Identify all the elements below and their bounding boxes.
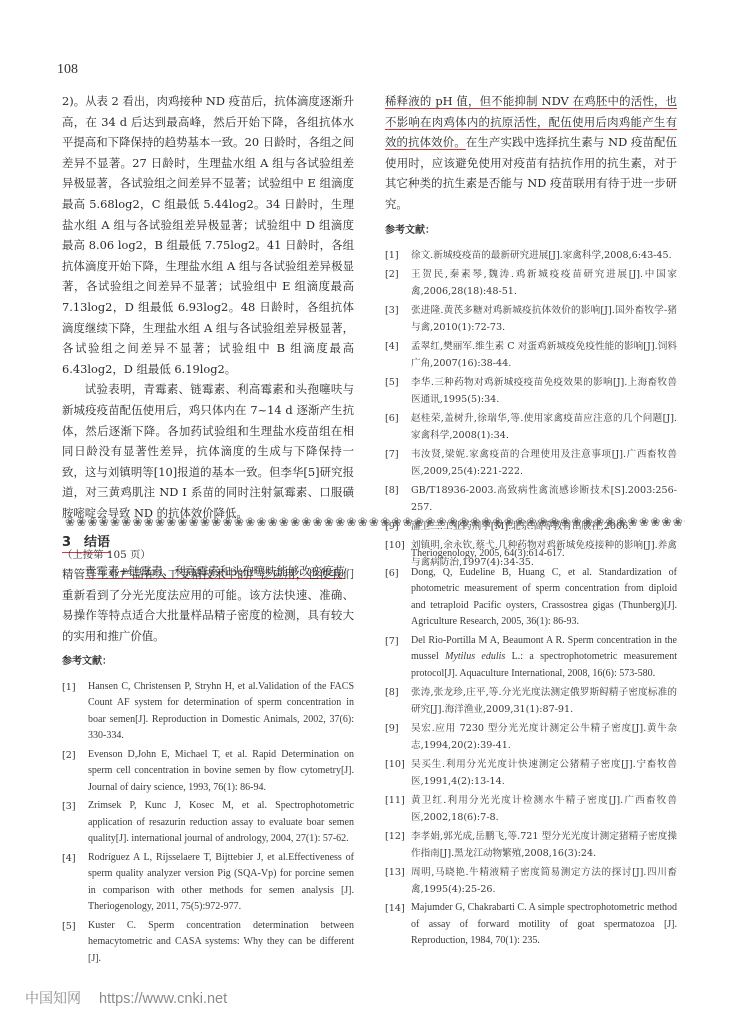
reference-number: [8]	[385, 482, 411, 516]
reference-number: [7]	[385, 633, 411, 683]
reference-text: GB/T18936-2003.高致病性禽流感诊断技术[S].2003:256-2…	[411, 482, 677, 516]
reference-text: 孟翠红,樊丽军.维生素 C 对蛋鸡新城疫免疫性能的影响[J].饲料广角,2007…	[411, 338, 677, 372]
reference-item: [12]李孝娟,郭光成,岳鹏飞,等.721 型分光光度计测定猪精子密度操作指南[…	[385, 828, 677, 862]
reference-number: [1]	[62, 679, 88, 745]
reference-text: Hansen C, Christensen P, Stryhn H, et al…	[88, 679, 354, 745]
reference-number: [6]	[385, 410, 411, 444]
reference-text: 张进隆.黄芪多糖对鸡新城疫抗体效价的影响[J].国外畜牧学-猪与禽,2010(1…	[411, 302, 677, 336]
reference-number: [1]	[385, 247, 411, 264]
reference-text: 吴宏.应用 7230 型分光光度计测定公牛精子密度[J].黄牛杂志,1994,2…	[411, 720, 677, 754]
reference-item: [3]张进隆.黄芪多糖对鸡新城疫抗体效价的影响[J].国外畜牧学-猪与禽,201…	[385, 302, 677, 336]
conclusion-paragraph-continued: 稀释液的 pH 值，但不能抑制 NDV 在鸡胚中的活性，也不影响在肉鸡体内的抗原…	[385, 91, 677, 215]
continued-from-label: （上接第 105 页）	[62, 546, 354, 564]
page-number: 108	[57, 62, 78, 78]
brand-name: 中国知网	[25, 991, 81, 1007]
reference-item: [7]韦汝贤,梁妮.家禽疫苗的合理使用及注意事项[J].广西畜牧兽医,2009,…	[385, 446, 677, 480]
reference-text: 王贺民,秦素琴,魏涛.鸡新城疫疫苗研究进展[J].中国家禽,2006,28(18…	[411, 266, 677, 300]
reference-number: [2]	[385, 266, 411, 300]
reference-text: 周明,马晓艳.牛精液精子密度简易测定方法的探讨[J].四川畜禽,1995(4):…	[411, 864, 677, 898]
reference-item: [11]黄卫红.利用分光光度计检测水牛精子密度[J].广西畜牧兽医,2002,1…	[385, 792, 677, 826]
reference-number: [4]	[62, 850, 88, 916]
species-name: Mytilus edulis	[445, 651, 505, 662]
reference-item: [2]Evenson D,John E, Michael T, et al. R…	[62, 747, 354, 797]
reference-number: [6]	[385, 565, 411, 631]
reference-item: [6]赵桂荣,盖树升,徐瑞华,等.使用家禽疫苗应注意的几个问题[J].家禽科学,…	[385, 410, 677, 444]
results-paragraph: 2)。从表 2 看出，肉鸡接种 ND 疫苗后，抗体滴度逐渐升高，在 34 d 后…	[62, 91, 354, 379]
reference-number: [10]	[385, 756, 411, 790]
reference-text: 黄卫红.利用分光光度计检测水牛精子密度[J].广西畜牧兽医,2002,18(6)…	[411, 792, 677, 826]
reference-item: [10]吴买生.利用分光光度计快速测定公猪精子密度[J].宁畜牧兽医,1991,…	[385, 756, 677, 790]
reference-text: Rodríguez A L, Rijsselaere T, Bijttebier…	[88, 850, 354, 916]
continued-paragraph: 精管等工业产品在人工受精技术中的广泛应用，也使我们重新看到了分光光度法应用的可能…	[62, 564, 354, 646]
reference-number: [5]	[385, 374, 411, 408]
site-url[interactable]: https://www.cnki.net	[99, 991, 227, 1007]
reference-text: 韦汝贤,梁妮.家禽疫苗的合理使用及注意事项[J].广西畜牧兽医,2009,25(…	[411, 446, 677, 480]
reference-number: [14]	[385, 900, 411, 950]
reference-item: [8]GB/T18936-2003.高致病性禽流感诊断技术[S].2003:25…	[385, 482, 677, 516]
reference-text: 赵桂荣,盖树升,徐瑞华,等.使用家禽疫苗应注意的几个问题[J].家禽科学,200…	[411, 410, 677, 444]
reference-item: [14]Majumder G, Chakrabarti C. A simple …	[385, 900, 677, 950]
reference-item: [9]吴宏.应用 7230 型分光光度计测定公牛精子密度[J].黄牛杂志,199…	[385, 720, 677, 754]
reference-number: [5]	[62, 918, 88, 968]
reference-text: Dong, Q, Eudeline B, Huang C, et al. Sta…	[411, 565, 677, 631]
reference-item: [2]王贺民,秦素琴,魏涛.鸡新城疫疫苗研究进展[J].中国家禽,2006,28…	[385, 266, 677, 300]
reference-number: [3]	[62, 798, 88, 848]
reference-text: Theriogenology, 2005, 64(3):614-617.	[411, 546, 677, 563]
reference-number: [8]	[385, 684, 411, 718]
reference-item: [5]李华.三种药物对鸡新城疫疫苗免疫效果的影响[J].上海畜牧兽医通讯,199…	[385, 374, 677, 408]
reference-item: [4]孟翠红,樊丽军.维生素 C 对蛋鸡新城疫免疫性能的影响[J].饲料广角,2…	[385, 338, 677, 372]
reference-item: [6]Dong, Q, Eudeline B, Huang C, et al. …	[385, 565, 677, 631]
reference-item: [13]周明,马晓艳.牛精液精子密度简易测定方法的探讨[J].四川畜禽,1995…	[385, 864, 677, 898]
reference-item: [8]张涛,张龙珍,庄平,等.分光光度法测定俄罗斯鲟精子密度标准的研究[J].海…	[385, 684, 677, 718]
reference-number: [13]	[385, 864, 411, 898]
references-title: 参考文献：	[385, 221, 677, 242]
discussion-paragraph: 试验表明，青霉素、链霉素、利高霉素和头孢噻呋与新城疫疫苗配伍使用后，鸡只体内在 …	[62, 379, 354, 523]
reference-item: [5]Kuster C. Sperm concentration determi…	[62, 918, 354, 968]
article-left-column: 2)。从表 2 看出，肉鸡接种 ND 疫苗后，抗体滴度逐渐升高，在 34 d 后…	[62, 91, 354, 582]
reference-list: [1]Hansen C, Christensen P, Stryhn H, et…	[62, 679, 354, 968]
reference-text: 张涛,张龙珍,庄平,等.分光光度法测定俄罗斯鲟精子密度标准的研究[J].海洋渔业…	[411, 684, 677, 718]
reference-item: [1]徐文.新城疫疫苗的最新研究进展[J].家禽科学,2008,6:43-45.	[385, 247, 677, 264]
reference-item: [1]Hansen C, Christensen P, Stryhn H, et…	[62, 679, 354, 745]
cnki-watermark: 中国知网https://www.cnki.net	[25, 988, 227, 1008]
reference-text: Kuster C. Sperm concentration determinat…	[88, 918, 354, 968]
reference-text: 李孝娟,郭光成,岳鹏飞,等.721 型分光光度计测定猪精子密度操作指南[J].黑…	[411, 828, 677, 862]
reference-number: [12]	[385, 828, 411, 862]
reference-text: 徐文.新城疫疫苗的最新研究进展[J].家禽科学,2008,6:43-45.	[411, 247, 677, 264]
reference-item: [4]Rodríguez A L, Rijsselaere T, Bijtteb…	[62, 850, 354, 916]
reference-text: Evenson D,John E, Michael T, et al. Rapi…	[88, 747, 354, 797]
flower-separator-divider: ❀❀❀❀❀❀❀❀❀❀❀❀❀❀❀❀❀❀❀❀❀❀❀❀❀❀❀❀❀❀❀❀❀❀❀❀❀❀❀❀…	[65, 515, 685, 531]
article-right-column: 稀释液的 pH 值，但不能抑制 NDV 在鸡胚中的活性，也不影响在肉鸡体内的抗原…	[385, 91, 677, 573]
reference-text: 李华.三种药物对鸡新城疫疫苗免疫效果的影响[J].上海畜牧兽医通讯,1995(5…	[411, 374, 677, 408]
continued-article-right-column: Theriogenology, 2005, 64(3):614-617. [6]…	[385, 546, 677, 952]
reference-text: 吴买生.利用分光光度计快速测定公猪精子密度[J].宁畜牧兽医,1991,4(2)…	[411, 756, 677, 790]
reference-item: [3]Zrimsek P, Kunc J, Kosec M, et al. Sp…	[62, 798, 354, 848]
reference-text: Majumder G, Chakrabarti C. A simple spec…	[411, 900, 677, 950]
reference-text: Del Rio-Portilla M A, Beaumont A R. Sper…	[411, 633, 677, 683]
reference-number: [2]	[62, 747, 88, 797]
reference-item: [7]Del Rio-Portilla M A, Beaumont A R. S…	[385, 633, 677, 683]
reference-continuation: Theriogenology, 2005, 64(3):614-617.	[385, 546, 677, 563]
reference-text: Zrimsek P, Kunc J, Kosec M, et al. Spect…	[88, 798, 354, 848]
reference-number: [9]	[385, 720, 411, 754]
references-title: 参考文献：	[62, 652, 354, 673]
continued-article-left-column: （上接第 105 页） 精管等工业产品在人工受精技术中的广泛应用，也使我们重新看…	[62, 546, 354, 969]
reference-number: [4]	[385, 338, 411, 372]
reference-number: [3]	[385, 302, 411, 336]
reference-number: [11]	[385, 792, 411, 826]
reference-number: [7]	[385, 446, 411, 480]
